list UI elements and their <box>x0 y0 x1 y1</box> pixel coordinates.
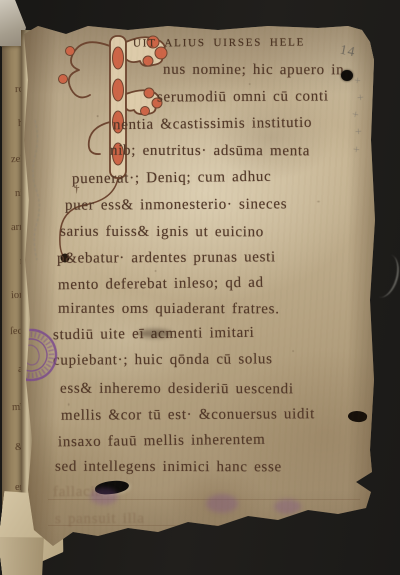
marginal-pencil-note <box>26 116 44 276</box>
text-line: ess& inheremo desideriū uescendi <box>60 382 294 398</box>
ink-smudge <box>138 329 172 338</box>
text-line: mellis &cor tū est· &conuersus uidit <box>61 407 315 424</box>
text-line: nus nomine; hic apuero in <box>163 63 344 78</box>
text-line: mento deferebat inleso; qd ad <box>58 276 264 294</box>
pencil-cross-mark: + <box>351 106 361 122</box>
text-line: sarius fuiss& ignis ut euicino <box>60 225 264 241</box>
pencil-cross-mark: + <box>354 124 362 139</box>
ink-cross-mark: † <box>74 183 80 195</box>
purple-smudge <box>206 494 238 513</box>
pencil-cross-mark: + <box>356 90 364 106</box>
text-line: puer ess& inmonesterio· sineces <box>65 197 287 213</box>
text-line: puenerat·; Deniq; cum adhuc <box>72 170 272 187</box>
text-line: insaxo fauū mellis inherentem <box>58 433 266 451</box>
ruling-line <box>48 525 360 526</box>
manuscript-page: uit alius uirses hele nus nomine; hic ap… <box>18 20 380 554</box>
pencil-cross-mark: + <box>352 142 361 158</box>
text-line: p&ebatur· ardentes prunas uesti <box>57 250 276 266</box>
text-line-faded: tor· &inl sciebant secum <box>58 539 229 554</box>
text-line: mirantes oms quiaderant fratres. <box>58 302 280 318</box>
purple-smudge <box>274 499 301 514</box>
manuscript-photo: rc h zel ni arr r ior ſeq a mī & er <box>0 0 400 575</box>
text-line: cupiebant·; huic qōnda cū solus <box>53 352 273 368</box>
ink-blot <box>347 410 367 424</box>
folio-number: 14 <box>339 42 357 61</box>
purple-smudge <box>90 488 118 505</box>
text-line: sed intellegens inimici hanc esse <box>55 460 282 476</box>
text-line: nib; enutritus· adsūma menta <box>110 144 310 160</box>
text-line: serumodiū omni cū conti <box>157 89 329 105</box>
wormhole <box>341 70 353 81</box>
pencil-cross-mark: + <box>353 73 362 89</box>
text-line: uit alius uirses hele <box>133 33 305 50</box>
text-line: nentia &castissimis institutio <box>113 116 312 133</box>
lower-binding-parchment <box>0 531 49 575</box>
